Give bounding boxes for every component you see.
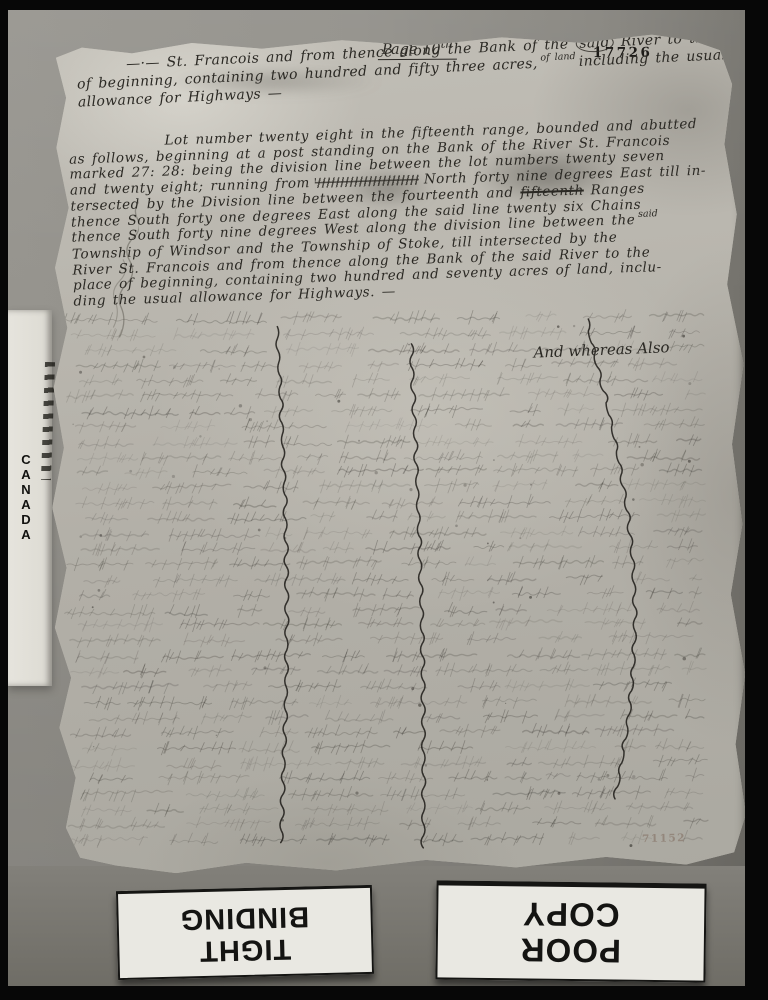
canada-side-label: C A N A D A (17, 452, 35, 542)
photo-background: C A N A D A Page 10th 17726 —·— St. Fran… (8, 10, 745, 986)
inserted-word: of land (540, 51, 576, 64)
label-line: POOR (520, 932, 622, 969)
whereas-note: And whereas Also (533, 338, 670, 361)
circled-word: said (575, 33, 614, 53)
tight-binding-label: TIGHT BINDING (180, 900, 311, 967)
tight-binding-card: TIGHT BINDING (116, 885, 374, 980)
scribbled-out-words (315, 175, 419, 188)
poor-copy-label: POOR COPY (520, 897, 622, 969)
inserted-word: said (638, 208, 658, 220)
text-run: Ranges (590, 180, 645, 198)
struck-word: fifteenth (520, 182, 584, 200)
poor-copy-card: POOR COPY (435, 880, 706, 982)
label-line: COPY (520, 897, 622, 934)
label-line: BINDING (180, 900, 310, 935)
text-run: River to the place (620, 28, 745, 50)
faint-stamp-number: 71152 (642, 832, 686, 845)
document-page: Page 10th 17726 —·— St. Francois and fro… (42, 24, 745, 882)
paragraph-first: —·— St. Francois and from thence along t… (76, 29, 738, 112)
paragraph-second: Lot number twenty eight in the fifteenth… (68, 116, 741, 311)
label-line: TIGHT (180, 931, 310, 966)
